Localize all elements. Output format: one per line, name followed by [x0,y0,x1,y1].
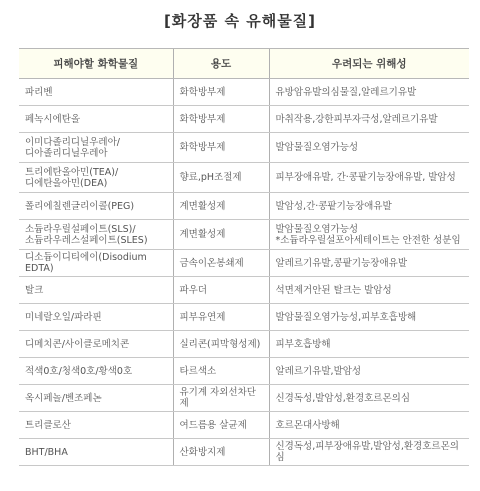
use-cell: 화학방부제 [173,133,269,163]
substance-cell: 탈크 [19,277,173,304]
hazardous-substances-table: 피해야할 화학물질 용도 우려되는 위해성 파리벤화학방부제유방암유발의심물질,… [19,48,469,466]
table-row: 소듐라우릴설페이트(SLS)/ 소듐라우레스설페이트(SLES)계면활성제발암물… [19,220,469,250]
use-cell-text: 실리콘(피막형성제) [180,339,263,350]
hazard-cell-text: 알레르기유발,발암성 [276,366,464,377]
use-cell-text: 계면활성제 [180,201,263,212]
substance-cell-text: 이미다졸리디닐우레아/ 디아졸리디닐우레아 [25,137,167,159]
hazard-cell: 알레르기유발,콩팥기능장애유발 [269,250,469,277]
substance-cell-text: 페녹시에탄올 [25,114,167,125]
substance-cell-text: 트리에탄올아민(TEA)/ 디에탄올아민(DEA) [25,167,167,189]
use-cell: 계면활성제 [173,193,269,220]
substance-cell: 미네랄오일/파라핀 [19,304,173,331]
hazard-cell: 신경독성,발암성,환경호르몬의심 [269,385,469,412]
header-use: 용도 [173,49,269,79]
hazard-cell-text: 신경독성,발암성,환경호르몬의심 [276,393,464,404]
substance-cell-text: 소듐라우릴설페이트(SLS)/ 소듐라우레스설페이트(SLES) [25,224,167,246]
header-substance: 피해야할 화학물질 [19,49,173,79]
use-cell: 향료,pH조절제 [173,163,269,193]
hazard-cell-text: 신경독성,피부장애유발,발암성,환경호르몬의심 [276,441,464,463]
substance-cell: 이미다졸리디닐우레아/ 디아졸리디닐우레아 [19,133,173,163]
hazard-cell: 마취작용,강한피부자극성,알레르기유발 [269,106,469,133]
hazard-cell-text: 발암물질오염가능성,피부호흡방해 [276,312,464,323]
table-row: 이미다졸리디닐우레아/ 디아졸리디닐우레아화학방부제발암물질오염가능성 [19,133,469,163]
substance-cell-text: 옥시페놀/벤조페논 [25,393,167,404]
hazard-cell: 발암성,간·콩팥기능장애유발 [269,193,469,220]
use-cell-text: 화학방부제 [180,114,263,125]
hazard-cell-text: 호르몬대사방해 [276,420,464,431]
use-cell-text: 향료,pH조절제 [180,172,263,183]
use-cell: 여드름용 살균제 [173,412,269,439]
use-cell: 화학방부제 [173,79,269,106]
use-cell-text: 계면활성제 [180,229,263,240]
substance-cell-text: 탈크 [25,285,167,296]
substance-cell: 파리벤 [19,79,173,106]
substance-cell-text: 디메치콘/사이클로메치콘 [25,339,167,350]
use-cell: 유기계 자외선차단제 [173,385,269,412]
substance-cell: 디소듐이디티에이(Disodium EDTA) [19,250,173,277]
hazard-cell-text: 유방암유발의심물질,알레르기유발 [276,87,464,98]
substance-cell: 적색0호/청색0호/황색0호 [19,358,173,385]
use-cell: 타르색소 [173,358,269,385]
hazard-cell-text: 피부호흡방해 [276,339,464,350]
hazard-cell-text: 발암물질오염가능성 *소듐라우릴설포아세테이트는 안전한 성분임 [276,224,464,246]
hazard-cell: 석면제거안된 탈크는 발암성 [269,277,469,304]
substance-cell-text: 디소듐이디티에이(Disodium EDTA) [25,252,167,274]
hazard-cell-text: 피부장애유발, 간·콩팥기능장애유발, 발암성 [276,172,464,183]
table-row: BHT/BHA산화방지제신경독성,피부장애유발,발암성,환경호르몬의심 [19,439,469,466]
substance-cell: 옥시페놀/벤조페논 [19,385,173,412]
hazard-cell-text: 발암물질오염가능성 [276,142,464,153]
use-cell-text: 금속이온봉쇄제 [180,258,263,269]
hazard-cell: 피부장애유발, 간·콩팥기능장애유발, 발암성 [269,163,469,193]
use-cell: 피부유연제 [173,304,269,331]
hazard-cell: 발암물질오염가능성 *소듐라우릴설포아세테이트는 안전한 성분임 [269,220,469,250]
table-row: 미네랄오일/파라핀피부유연제발암물질오염가능성,피부호흡방해 [19,304,469,331]
table-row: 디소듐이디티에이(Disodium EDTA)금속이온봉쇄제알레르기유발,콩팥기… [19,250,469,277]
hazard-cell-text: 석면제거안된 탈크는 발암성 [276,285,464,296]
use-cell: 금속이온봉쇄제 [173,250,269,277]
table-row: 파리벤화학방부제유방암유발의심물질,알레르기유발 [19,79,469,106]
substance-cell-text: 미네랄오일/파라핀 [25,312,167,323]
use-cell: 파우더 [173,277,269,304]
substance-cell: BHT/BHA [19,439,173,466]
substance-cell-text: BHT/BHA [25,447,167,458]
substance-cell-text: 폴리에칠렌글리이콜(PEG) [25,201,167,212]
hazard-cell: 신경독성,피부장애유발,발암성,환경호르몬의심 [269,439,469,466]
substance-cell: 페녹시에탄올 [19,106,173,133]
table-header-row: 피해야할 화학물질 용도 우려되는 위해성 [19,49,469,79]
use-cell-text: 화학방부제 [180,87,263,98]
hazard-cell-text: 마취작용,강한피부자극성,알레르기유발 [276,114,464,125]
hazard-cell: 발암물질오염가능성,피부호흡방해 [269,304,469,331]
table-row: 트리에탄올아민(TEA)/ 디에탄올아민(DEA)향료,pH조절제피부장애유발,… [19,163,469,193]
page-title: [화장품 속 유해물질] [0,10,480,31]
hazard-cell: 호르몬대사방해 [269,412,469,439]
use-cell: 산화방지제 [173,439,269,466]
use-cell-text: 파우더 [180,285,263,296]
substance-cell: 폴리에칠렌글리이콜(PEG) [19,193,173,220]
substance-cell: 트리클로산 [19,412,173,439]
substance-cell-text: 트리클로산 [25,420,167,431]
table-row: 트리클로산여드름용 살균제호르몬대사방해 [19,412,469,439]
hazard-cell: 유방암유발의심물질,알레르기유발 [269,79,469,106]
use-cell: 화학방부제 [173,106,269,133]
substance-cell-text: 적색0호/청색0호/황색0호 [25,366,167,377]
use-cell-text: 피부유연제 [180,312,263,323]
use-cell-text: 타르색소 [180,366,263,377]
hazard-cell: 피부호흡방해 [269,331,469,358]
use-cell: 계면활성제 [173,220,269,250]
substance-cell: 트리에탄올아민(TEA)/ 디에탄올아민(DEA) [19,163,173,193]
hazard-cell-text: 발암성,간·콩팥기능장애유발 [276,201,464,212]
use-cell-text: 산화방지제 [180,447,263,458]
table-row: 페녹시에탄올화학방부제마취작용,강한피부자극성,알레르기유발 [19,106,469,133]
substance-cell-text: 파리벤 [25,87,167,98]
header-hazard: 우려되는 위해성 [269,49,469,79]
use-cell-text: 유기계 자외선차단제 [180,387,263,409]
table-row: 폴리에칠렌글리이콜(PEG)계면활성제발암성,간·콩팥기능장애유발 [19,193,469,220]
substance-cell: 소듐라우릴설페이트(SLS)/ 소듐라우레스설페이트(SLES) [19,220,173,250]
table-row: 디메치콘/사이클로메치콘실리콘(피막형성제)피부호흡방해 [19,331,469,358]
use-cell-text: 화학방부제 [180,142,263,153]
table-row: 적색0호/청색0호/황색0호타르색소알레르기유발,발암성 [19,358,469,385]
hazard-cell: 발암물질오염가능성 [269,133,469,163]
table-row: 옥시페놀/벤조페논유기계 자외선차단제신경독성,발암성,환경호르몬의심 [19,385,469,412]
use-cell-text: 여드름용 살균제 [180,420,263,431]
hazard-cell: 알레르기유발,발암성 [269,358,469,385]
use-cell: 실리콘(피막형성제) [173,331,269,358]
table-row: 탈크파우더석면제거안된 탈크는 발암성 [19,277,469,304]
hazard-cell-text: 알레르기유발,콩팥기능장애유발 [276,258,464,269]
substance-cell: 디메치콘/사이클로메치콘 [19,331,173,358]
